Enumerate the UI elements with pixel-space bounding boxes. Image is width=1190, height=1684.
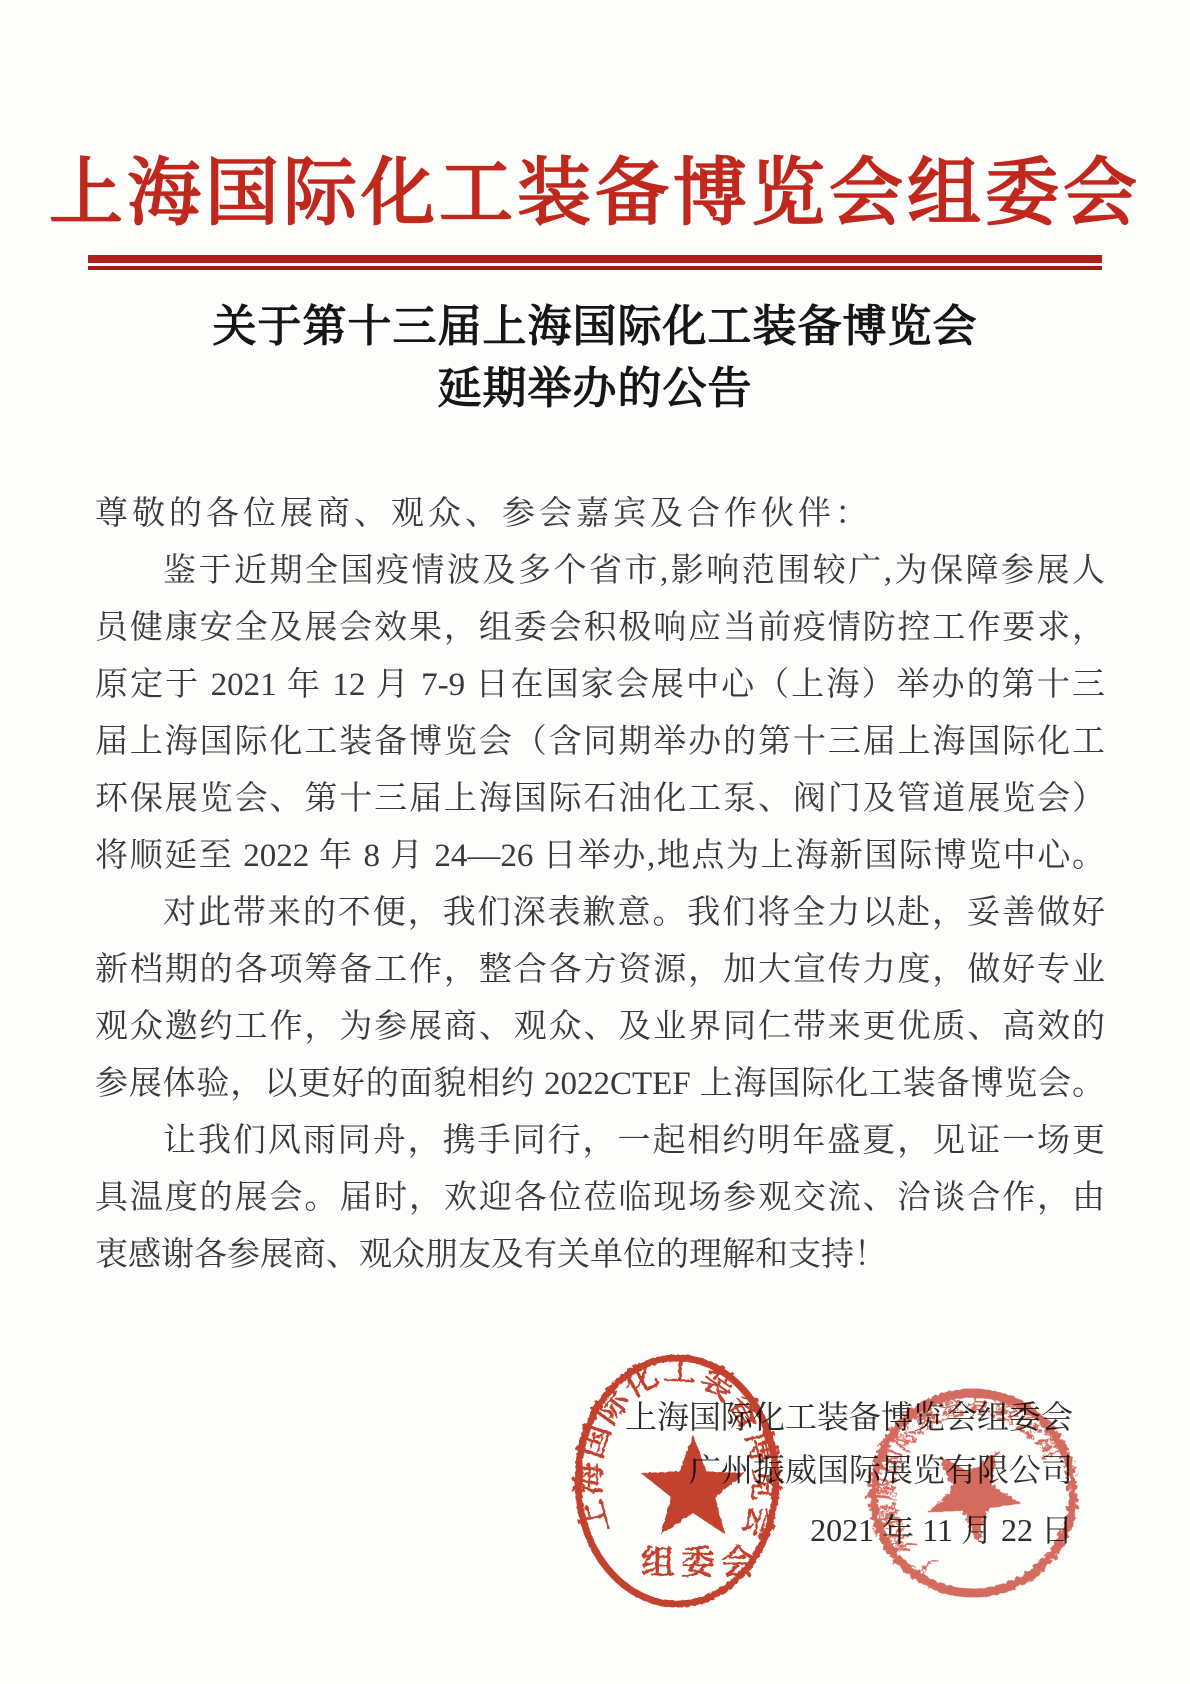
body-line: 原定于 2021 年 12 月 7-9 日在国家会展中心（上海）举办的第十三 <box>95 657 1105 714</box>
document-title-line2: 延期举办的公告 <box>0 358 1190 420</box>
letterhead-rule-thick <box>88 255 1102 263</box>
body-line: 尊敬的各位展商、观众、参会嘉宾及合作伙伴： <box>95 486 1105 543</box>
announcement-page: 上海国际化工装备博览会组委会 关于第十三届上海国际化工装备博览会 延期举办的公告… <box>0 0 1190 1684</box>
body-line: 参展体验，以更好的面貌相约 2022CTEF 上海国际化工装备博览会。 <box>95 1056 1105 1113</box>
official-seal-committee-svg: 上海国际化工装备博览会 组委会 <box>570 1350 784 1612</box>
star-icon <box>641 1435 746 1535</box>
body-line: 让我们风雨同舟，携手同行，一起相约明年盛夏，见证一场更 <box>95 1113 1105 1170</box>
body-line: 鉴于近期全国疫情波及多个省市,影响范围较广,为保障参展人 <box>95 543 1105 600</box>
body-line: 员健康安全及展会效果，组委会积极响应当前疫情防控工作要求， <box>95 600 1105 657</box>
body-line: 衷感谢各参展商、观众朋友及有关单位的理解和支持！ <box>95 1227 1105 1284</box>
announcement-body: 尊敬的各位展商、观众、参会嘉宾及合作伙伴： 鉴于近期全国疫情波及多个省市,影响范… <box>95 486 1105 1284</box>
seal-left-group: 上海国际化工装备博览会 组委会 <box>571 1352 784 1604</box>
official-seal-committee: 上海国际化工装备博览会 组委会 <box>570 1350 784 1612</box>
letterhead-rule <box>88 255 1102 270</box>
body-line: 环保展览会、第十三届上海国际石油化工泵、阀门及管道展览会） <box>95 771 1105 828</box>
seal-right-group: 广州振威国际展览有限公司 <box>862 1382 1084 1604</box>
body-line: 具温度的展会。届时，欢迎各位莅临现场参观交流、洽谈合作，由 <box>95 1170 1105 1227</box>
seal-bottom-text: 组委会 <box>641 1544 761 1582</box>
body-line: 新档期的各项筹备工作，整合各方资源，加大宣传力度，做好专业 <box>95 942 1105 999</box>
letterhead-org-name: 上海国际化工装备博览会组委会 <box>0 146 1190 242</box>
document-title: 关于第十三届上海国际化工装备博览会 延期举办的公告 <box>0 296 1190 420</box>
star-icon <box>905 1425 1035 1555</box>
document-title-line1: 关于第十三届上海国际化工装备博览会 <box>0 296 1190 358</box>
official-seal-company-svg: 广州振威国际展览有限公司 <box>862 1382 1084 1604</box>
body-line: 将顺延至 2022 年 8 月 24—26 日举办,地点为上海新国际博览中心。 <box>95 828 1105 885</box>
body-line: 观众邀约工作，为参展商、观众、及业界同仁带来更优质、高效的 <box>95 999 1105 1056</box>
official-seal-company: 广州振威国际展览有限公司 <box>862 1382 1084 1604</box>
letterhead-rule-thin <box>88 266 1102 270</box>
body-line: 对此带来的不便，我们深表歉意。我们将全力以赴，妥善做好 <box>95 885 1105 942</box>
body-line: 届上海国际化工装备博览会（含同期举办的第十三届上海国际化工 <box>95 714 1105 771</box>
